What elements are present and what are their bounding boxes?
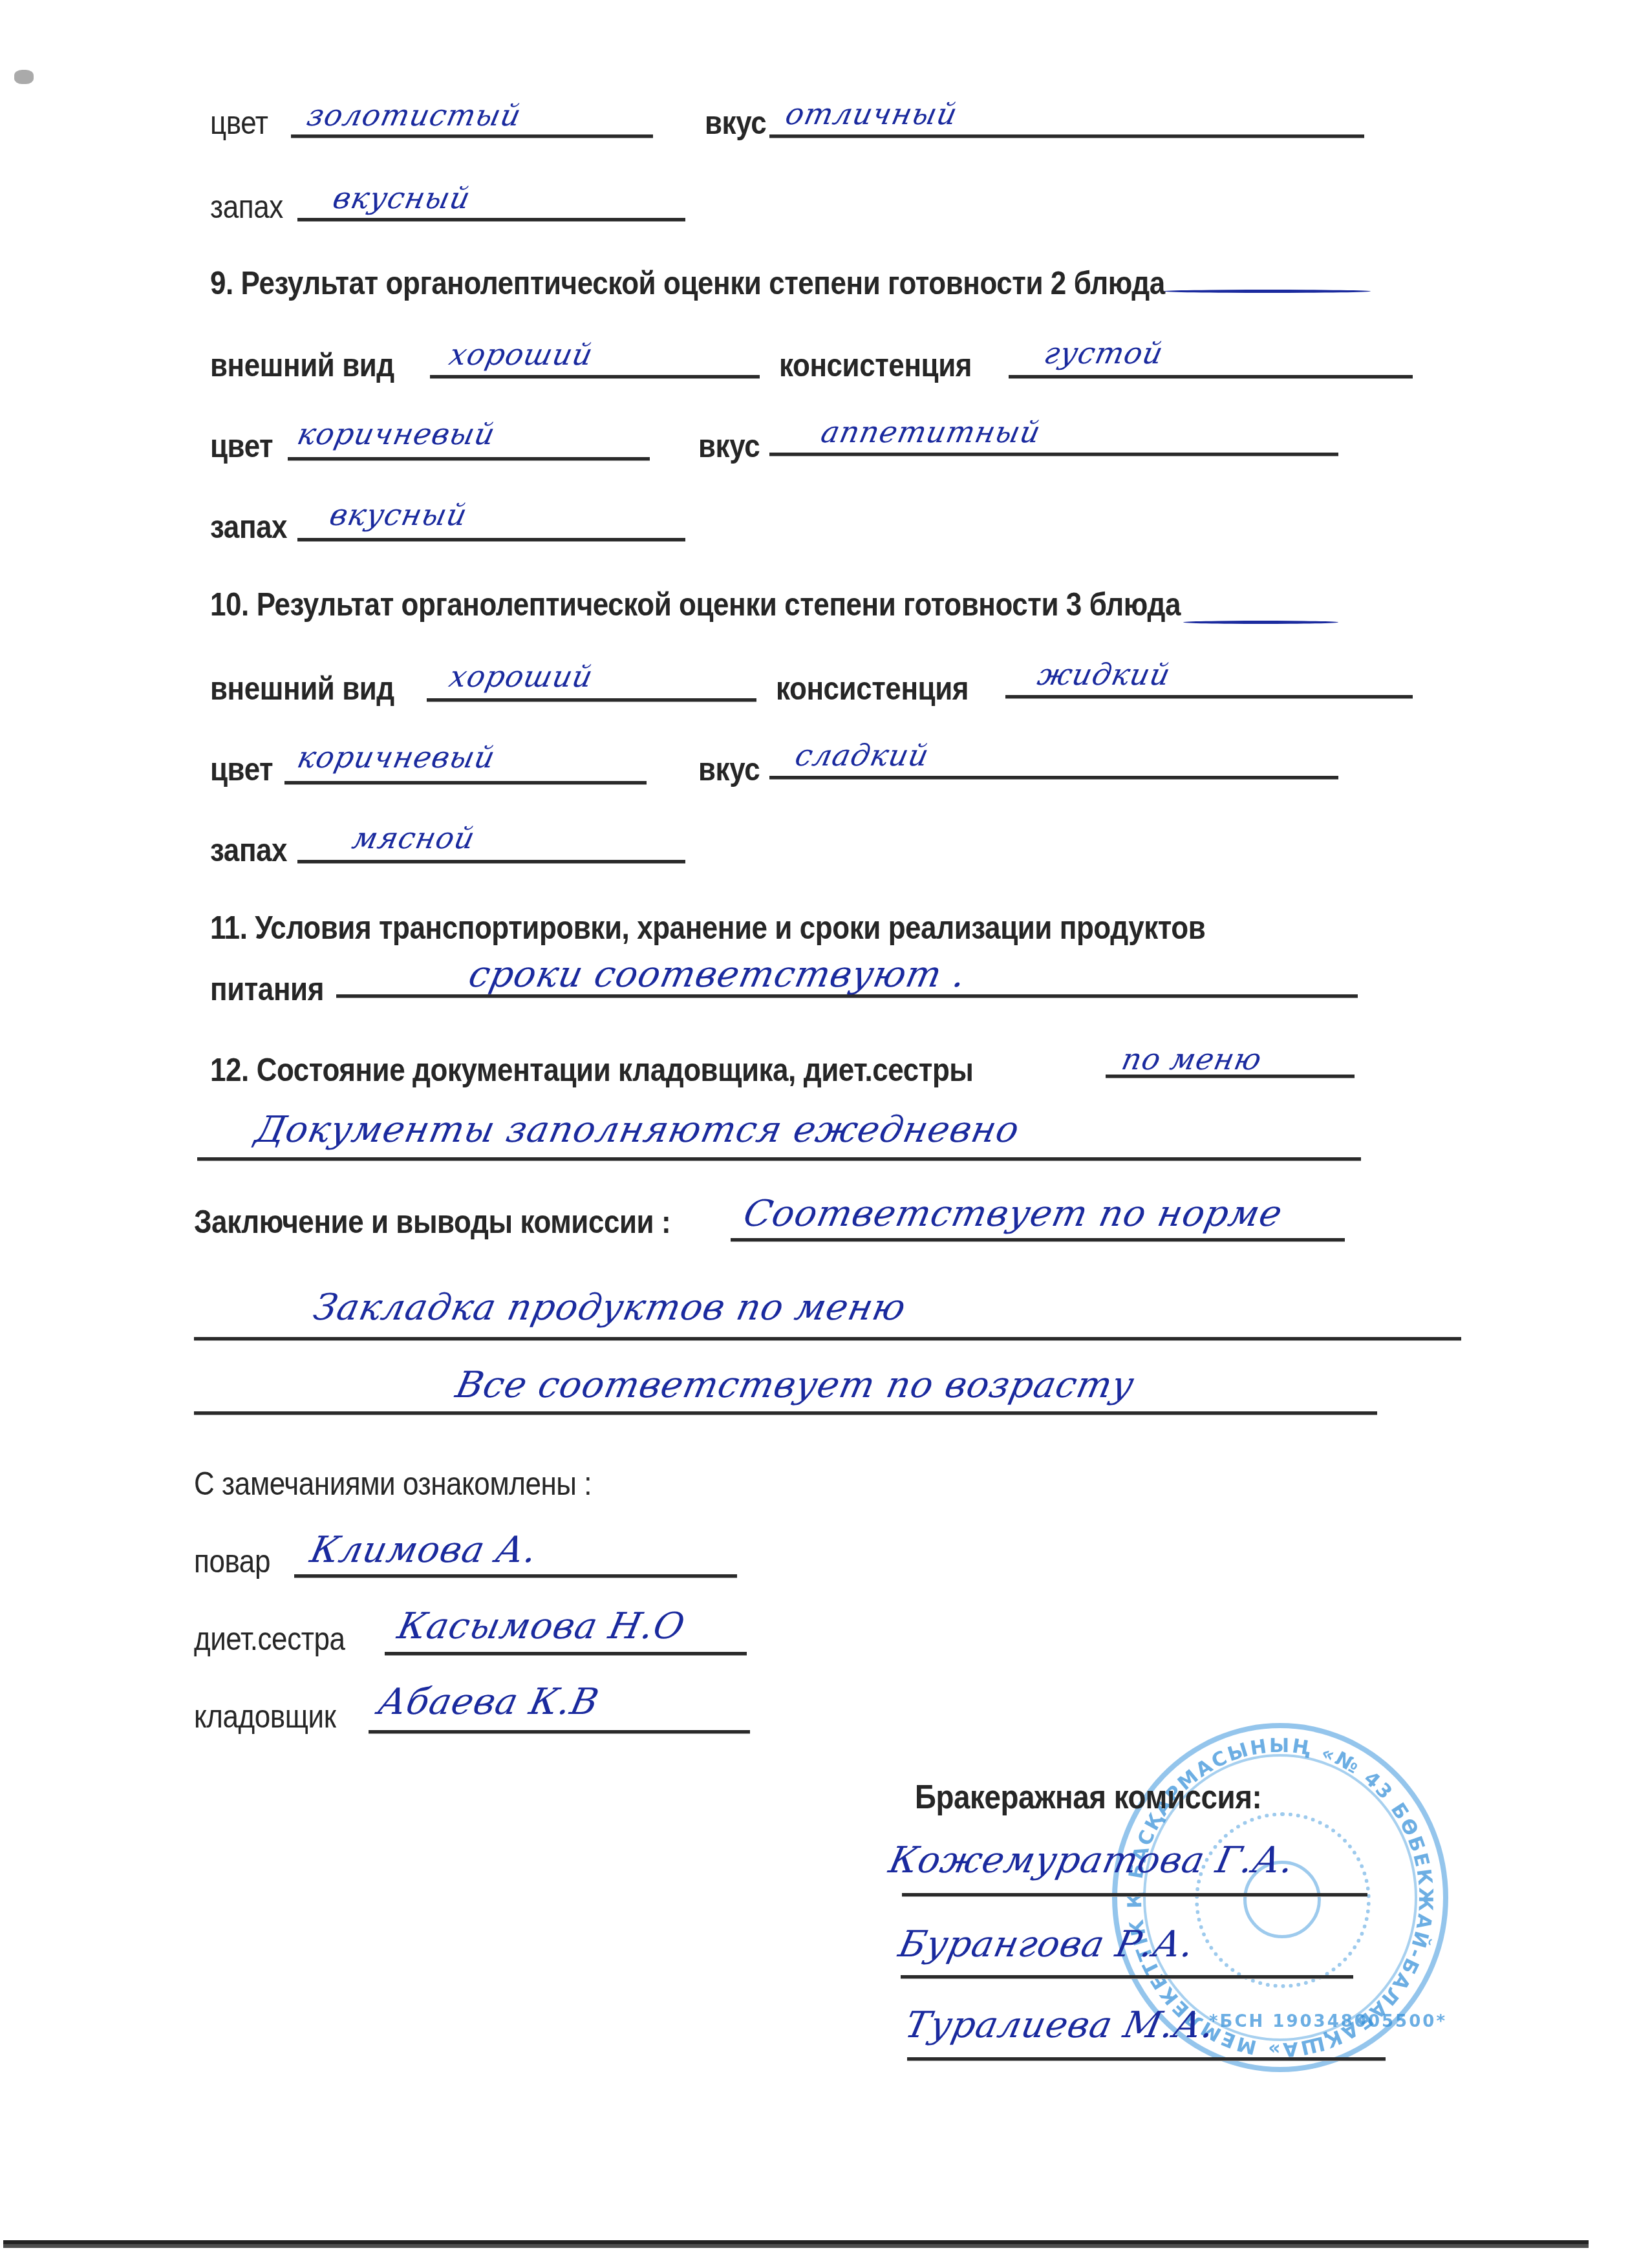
conclusion-value-line3[interactable]: Все соответствует по возрасту (453, 1367, 1137, 1404)
smell-field-8-line (297, 218, 685, 222)
taste-field-10-line (769, 776, 1338, 780)
section12-line2 (197, 1157, 1361, 1161)
section10-title: 10. Результат органолептической оценки с… (210, 585, 1181, 624)
appearance-field-10-line (427, 698, 756, 702)
color-field-9-line (288, 457, 650, 461)
section11-title: 11. Условия транспортировки, хранение и … (210, 908, 1205, 947)
color-value-9[interactable]: коричневый (294, 416, 498, 452)
signature-storekeeper[interactable]: Абаева К.В (375, 1684, 602, 1720)
conclusion-line1 (731, 1238, 1345, 1242)
commission-signature-1[interactable]: Кожемуратова Г.А. (886, 1843, 1298, 1879)
section9-dish-number: 2 блюда (1051, 265, 1165, 301)
section9-title: 9. Результат органолептической оценки ст… (210, 264, 1165, 303)
signature-diet-nurse[interactable]: Касымова Н.О (394, 1609, 688, 1645)
commission-signature-3[interactable]: Туралиева М.А. (902, 2007, 1218, 2044)
taste-label-9: вкус (698, 427, 760, 465)
svg-text:*БСН 190348005500*: *БСН 190348005500* (1209, 2012, 1447, 2031)
signer-line-cook (294, 1574, 737, 1578)
smell-label-8: запах (210, 187, 283, 226)
section10-dish-number: 3 блюда (1066, 586, 1181, 623)
smell-value-9[interactable]: вкусный (327, 497, 471, 533)
taste-field-8-line (769, 134, 1364, 138)
conclusion-line2 (194, 1337, 1461, 1341)
taste-field-9-line (769, 453, 1338, 456)
section9-title-text: 9. Результат органолептической оценки ст… (210, 265, 1043, 301)
section10-title-text: 10. Результат органолептической оценки с… (210, 586, 1058, 623)
consistency-label-10: консистенция (776, 669, 969, 708)
signer-role-cook: повар (194, 1542, 270, 1581)
commission-line-3 (907, 2057, 1386, 2061)
consistency-field-9-line (1009, 375, 1413, 379)
signer-role-storekeeper: кладовщик (194, 1697, 336, 1736)
smell-field-9-line (297, 538, 685, 542)
commission-title: Бракеражная комиссия: (915, 1778, 1261, 1817)
scan-artifact (14, 70, 34, 84)
taste-value-9[interactable]: аппетитный (818, 414, 1044, 450)
color-label-9: цвет (210, 427, 273, 465)
color-field-10-line (284, 781, 647, 785)
signer-line-storekeeper (369, 1730, 750, 1734)
appearance-label-9: внешний вид (210, 346, 394, 385)
consistency-label-9: консистенция (779, 346, 972, 385)
smell-value-8[interactable]: вкусный (330, 180, 474, 216)
color-value-10[interactable]: коричневый (294, 739, 498, 775)
appearance-value-10[interactable]: хороший (446, 658, 597, 694)
section9-ink-underline (1164, 290, 1371, 293)
section12-title: 12. Состояние документации кладовщика, д… (210, 1051, 973, 1089)
section12-value-line2[interactable]: Документы заполняются ежедневно (252, 1112, 1023, 1148)
smell-label-10: запах (210, 831, 287, 870)
commission-line-1 (902, 1893, 1367, 1897)
color-label-10: цвет (210, 750, 273, 789)
color-field-8-line (291, 134, 653, 138)
taste-label-8: вкус (705, 103, 766, 142)
appearance-value-9[interactable]: хороший (446, 336, 597, 372)
taste-value-8[interactable]: отличный (782, 96, 961, 132)
page-bottom-edge (3, 2240, 1589, 2248)
appearance-field-9-line (430, 375, 760, 379)
section10-ink-underline (1183, 621, 1338, 624)
appearance-label-10: внешний вид (210, 669, 394, 708)
conclusion-line3 (194, 1411, 1377, 1415)
signer-line-diet-nurse (385, 1652, 747, 1656)
conclusion-label: Заключение и выводы комиссии : (194, 1203, 670, 1241)
smell-value-10[interactable]: мясной (349, 820, 478, 856)
smell-label-9: запах (210, 508, 287, 546)
commission-line-2 (901, 1975, 1353, 1979)
acknowledged-title: С замечаниями ознакомлены : (194, 1464, 592, 1503)
commission-signature-2[interactable]: Бурангова Р.А. (895, 1927, 1197, 1963)
consistency-field-10-line (1005, 695, 1413, 699)
taste-label-10: вкус (698, 750, 760, 789)
document-page: цвет золотистый вкус отличный запах вкус… (0, 0, 1650, 2268)
section12-value-inline[interactable]: по меню (1119, 1041, 1265, 1077)
conclusion-value-line2[interactable]: Закладка продуктов по меню (310, 1290, 909, 1326)
conclusion-value-line1[interactable]: Соответствует по норме (740, 1196, 1285, 1232)
color-value-8[interactable]: золотистый (304, 97, 524, 133)
signature-cook[interactable]: Климова А. (307, 1532, 541, 1568)
section11-value[interactable]: сроки соответствуют . (466, 957, 969, 993)
consistency-value-10[interactable]: жидкий (1034, 656, 1174, 692)
section11-label: питания (210, 970, 324, 1009)
signer-role-diet-nurse: диет.сестра (194, 1620, 345, 1658)
smell-field-10-line (297, 860, 685, 864)
consistency-value-9[interactable]: густой (1041, 335, 1167, 371)
taste-value-10[interactable]: сладкий (792, 737, 932, 773)
color-label-8: цвет (210, 103, 268, 142)
